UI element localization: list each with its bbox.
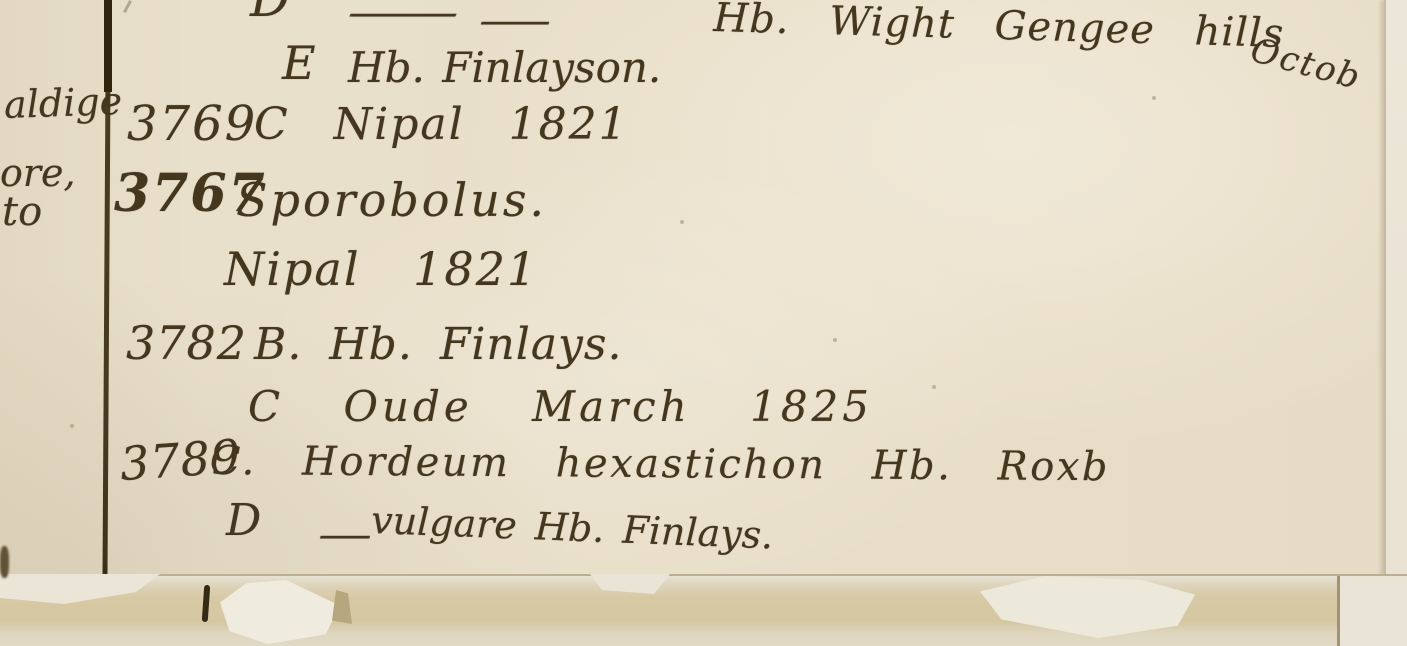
entry-vulgare-text: vulgare Hb. Finlays. (371, 501, 774, 554)
entry-top-date: Octob (1247, 33, 1365, 95)
page-right-edge (1384, 0, 1407, 646)
underlying-sheet-corner (1337, 576, 1407, 646)
entry-3767-text: Sporobolus. (236, 177, 547, 223)
entry-top-prefix: D (250, 0, 290, 24)
entry-top-text: Hb. Wight Gengee hills (713, 0, 1285, 54)
paper-speck (70, 424, 74, 428)
left-edge-ink-speck (0, 546, 9, 578)
entry-3769-text: C Nipal 1821 (254, 103, 629, 147)
paper-speck (1152, 96, 1156, 100)
entry-3782-number: 3782 (126, 320, 247, 366)
ditto-dash-1: — (345, 0, 461, 33)
entry-3782-text: B. Hb. Finlays. (254, 323, 622, 367)
manuscript-page: D — — Hb. Wight Gengee hills Octob E Hb.… (0, 0, 1407, 646)
entry-3769-number: 3769 (127, 100, 257, 148)
entry-oude-text: C Oude March 1825 (248, 386, 873, 428)
paper-speck (680, 220, 684, 224)
margin-note-1: aldige (3, 82, 122, 124)
paper-speck (932, 385, 936, 389)
margin-note-3: to (2, 192, 42, 232)
ditto-dash-3: — (318, 515, 372, 555)
pencil-mark (123, 0, 132, 13)
ditto-dash-2: — (478, 1, 552, 41)
entry-finlayson-prefix: E (282, 40, 316, 86)
margin-note-2: ore, (0, 154, 76, 192)
column-rule-line-top (104, 0, 112, 92)
entry-finlayson-text: Hb. Finlayson. (348, 47, 661, 89)
entry-3789-text: C. Hordeum hexastichon Hb. Roxb (210, 441, 1110, 487)
paper-speck (833, 338, 837, 342)
torn-paper-strip (0, 574, 1407, 646)
entry-nipal-text: Nipal 1821 (224, 246, 538, 292)
entry-vulgare-prefix: D (226, 499, 261, 543)
